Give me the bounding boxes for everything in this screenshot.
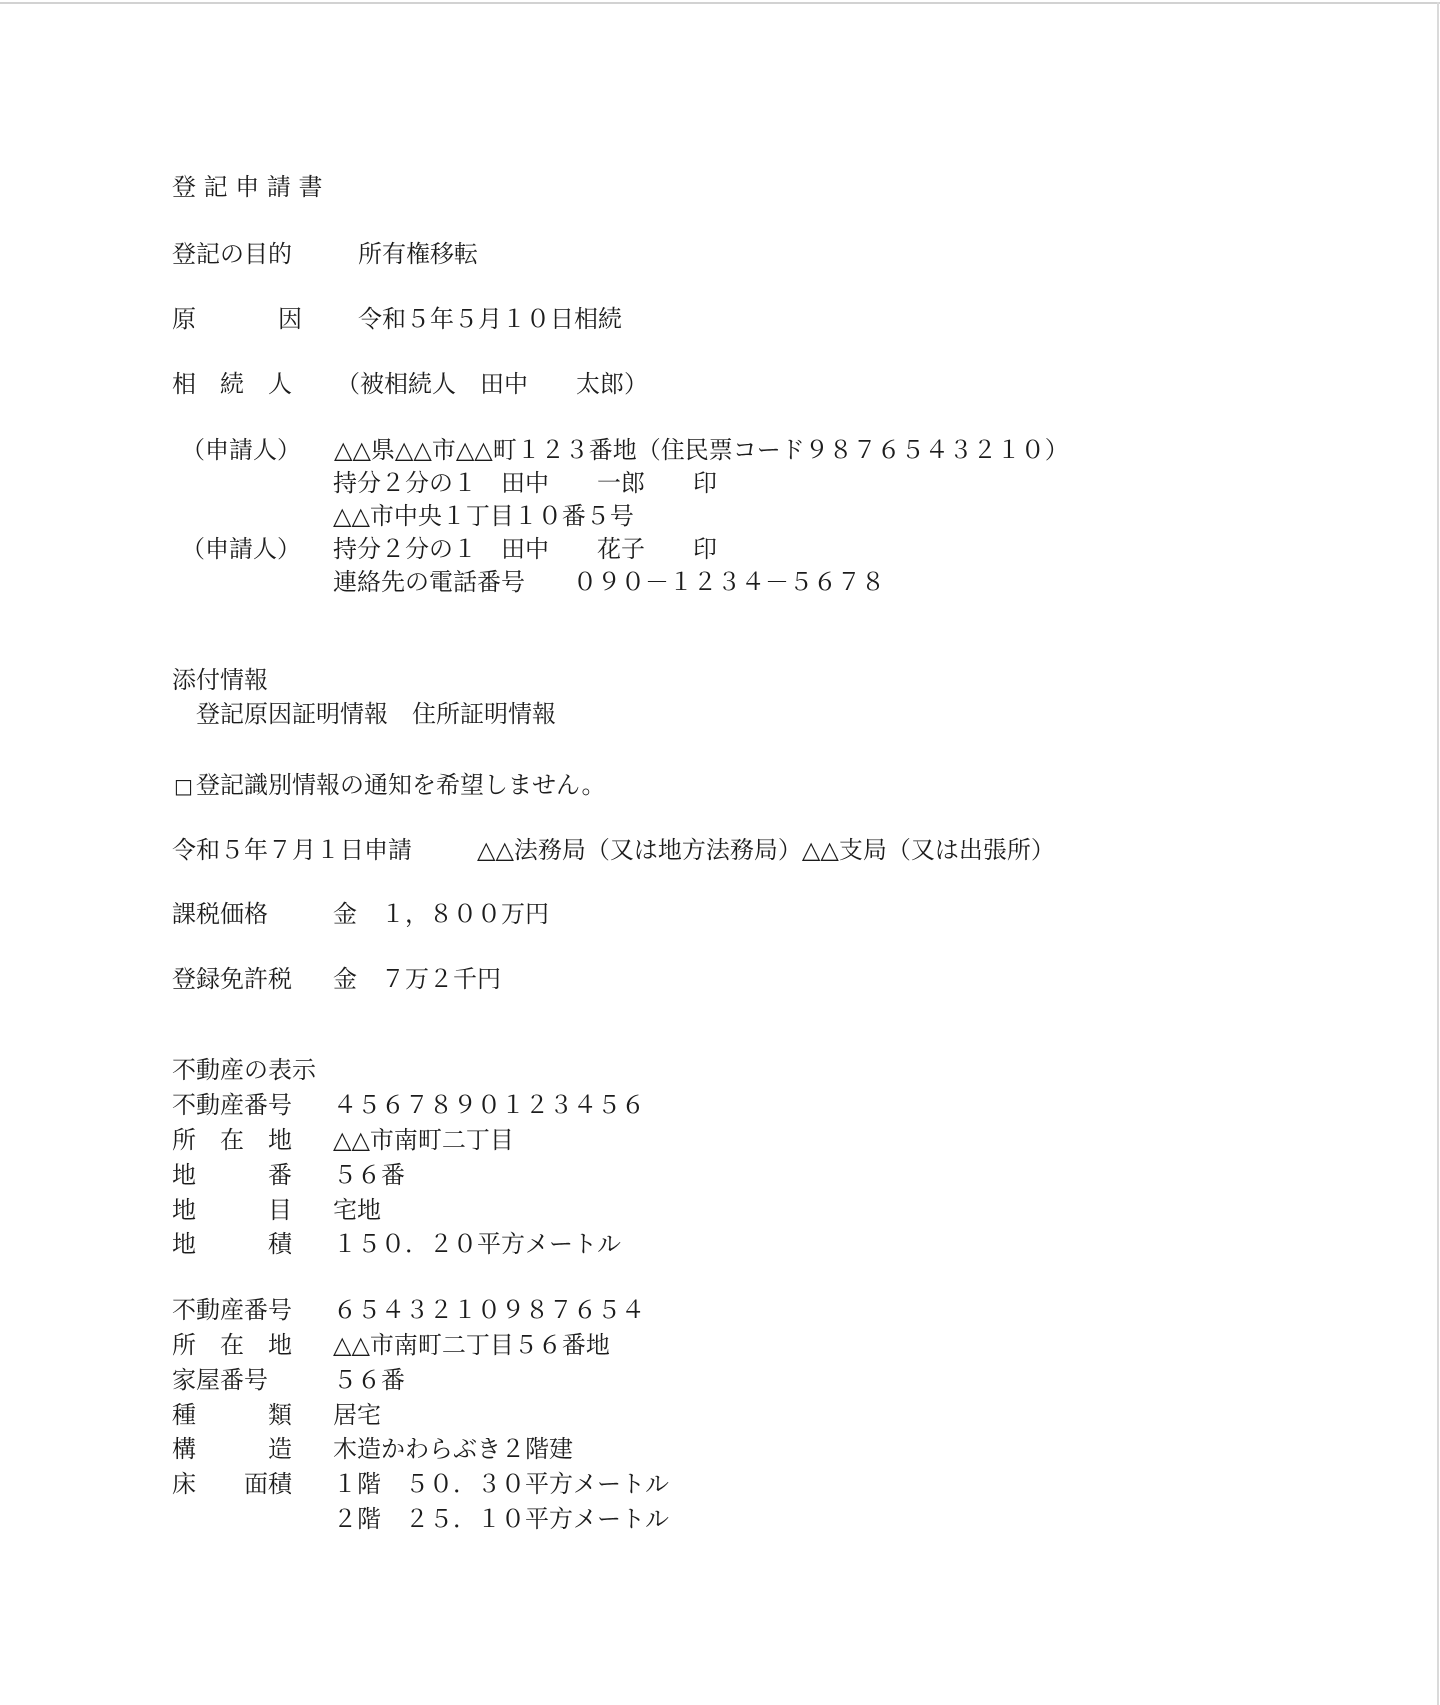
text-segment: △△市中央１丁目１０番５号 bbox=[333, 501, 634, 531]
land-property-number-line: 不動産番号４５６７８９０１２３４５６ bbox=[0, 1090, 1440, 1124]
text-segment: 金 １，８００万円 bbox=[333, 899, 549, 929]
text-segment: 持分２分の１ 田中 一郎 印 bbox=[333, 468, 717, 498]
text-segment: 木造かわらぶき２階建 bbox=[333, 1434, 573, 1464]
land-lot-number-line: 地 番５６番 bbox=[0, 1160, 1440, 1194]
applicant-1-line: （申請人）△△県△△市△△町１２３番地（住民票コード９８７６５４３２１０） bbox=[0, 435, 1440, 469]
text-segment: △△県△△市△△町１２３番地（住民票コード９８７６５４３２１０） bbox=[334, 435, 1069, 465]
building-floor-area-line: 床 面積１階 ５０．３０平方メートル bbox=[0, 1469, 1440, 1503]
text-segment: ２階 ２５．１０平方メートル bbox=[333, 1504, 669, 1534]
text-segment: ５６番 bbox=[333, 1160, 405, 1190]
text-segment: 種 類 bbox=[172, 1400, 292, 1430]
text-segment: 地 番 bbox=[172, 1160, 292, 1190]
text-segment: 宅地 bbox=[333, 1195, 381, 1225]
text-segment: 因 bbox=[278, 304, 302, 334]
text-segment: 地 目 bbox=[172, 1195, 292, 1225]
text-segment: 地 積 bbox=[172, 1229, 292, 1259]
document-body: 登 記 申 請 書登記の目的所有権移転原因令和５年５月１０日相続相 続 人（被相… bbox=[0, 0, 1440, 1705]
building-number-line: 家屋番号５６番 bbox=[0, 1365, 1440, 1399]
text-segment: 持分２分の１ 田中 花子 印 bbox=[333, 534, 717, 564]
text-segment: １階 ５０．３０平方メートル bbox=[333, 1469, 669, 1499]
contact-phone-line: 連絡先の電話番号 ０９０－１２３４－５６７８ bbox=[0, 567, 1440, 601]
text-segment: 不動産の表示 bbox=[172, 1055, 316, 1085]
land-category-line: 地 目宅地 bbox=[0, 1195, 1440, 1229]
taxable-value-line: 課税価格金 １，８００万円 bbox=[0, 899, 1440, 933]
cause-line: 原因令和５年５月１０日相続 bbox=[0, 304, 1440, 338]
text-segment: 登記の目的 bbox=[172, 239, 292, 269]
text-segment: ５６番 bbox=[333, 1365, 405, 1395]
document-page: 登 記 申 請 書登記の目的所有権移転原因令和５年５月１０日相続相 続 人（被相… bbox=[0, 0, 1440, 1705]
text-segment: 原 bbox=[172, 304, 196, 334]
registration-tax-line: 登録免許税金 ７万２千円 bbox=[0, 964, 1440, 998]
text-segment: 不動産番号 bbox=[172, 1090, 292, 1120]
text-segment: 相 続 人 bbox=[172, 369, 292, 399]
text-segment: 添付情報 bbox=[172, 665, 268, 695]
building-type-line: 種 類居宅 bbox=[0, 1400, 1440, 1434]
text-segment: 所有権移転 bbox=[358, 239, 478, 269]
applicant-1-share-line: 持分２分の１ 田中 一郎 印 bbox=[0, 468, 1440, 502]
building-location-line: 所 在 地△△市南町二丁目５６番地 bbox=[0, 1330, 1440, 1364]
text-segment: 登 記 申 請 書 bbox=[172, 172, 323, 202]
text-segment: 令和５年５月１０日相続 bbox=[358, 304, 622, 334]
screenshot-root: { "page": { "width_px": 1440, "height_px… bbox=[0, 0, 1440, 1705]
text-segment: 課税価格 bbox=[172, 899, 268, 929]
text-segment: 所 在 地 bbox=[172, 1125, 292, 1155]
building-structure-line: 構 造木造かわらぶき２階建 bbox=[0, 1434, 1440, 1468]
text-segment: 登記識別情報の通知を希望しません。 bbox=[196, 770, 605, 800]
text-segment: ４５６７８９０１２３４５６ bbox=[333, 1090, 645, 1120]
text-segment: 金 ７万２千円 bbox=[333, 964, 501, 994]
land-location-line: 所 在 地△△市南町二丁目 bbox=[0, 1125, 1440, 1159]
text-segment: 居宅 bbox=[333, 1400, 381, 1430]
title-line: 登 記 申 請 書 bbox=[0, 172, 1440, 206]
text-segment: 不動産番号 bbox=[172, 1295, 292, 1325]
application-date-office-line: 令和５年７月１日申請△△法務局（又は地方法務局）△△支局（又は出張所） bbox=[0, 835, 1440, 869]
text-segment: 床 面積 bbox=[172, 1469, 292, 1499]
text-segment: 登記原因証明情報 住所証明情報 bbox=[196, 699, 556, 729]
building-floor-area-2f-line: ２階 ２５．１０平方メートル bbox=[0, 1504, 1440, 1538]
text-segment: （被相続人 田中 太郎） bbox=[336, 369, 648, 399]
text-segment: 構 造 bbox=[172, 1434, 292, 1464]
text-segment: 所 在 地 bbox=[172, 1330, 292, 1360]
property-description-heading-line: 不動産の表示 bbox=[0, 1055, 1440, 1089]
checkbox-icon[interactable]: □ bbox=[174, 771, 193, 801]
attachments-list-line: 登記原因証明情報 住所証明情報 bbox=[0, 699, 1440, 733]
text-segment: △△市南町二丁目５６番地 bbox=[333, 1330, 610, 1360]
heir-line: 相 続 人（被相続人 田中 太郎） bbox=[0, 369, 1440, 403]
text-segment: △△市南町二丁目 bbox=[333, 1125, 514, 1155]
land-area-line: 地 積１５０．２０平方メートル bbox=[0, 1229, 1440, 1263]
applicant-2-address-line: △△市中央１丁目１０番５号 bbox=[0, 501, 1440, 535]
text-segment: （申請人） bbox=[181, 435, 301, 465]
text-segment: 令和５年７月１日申請 bbox=[172, 835, 412, 865]
building-property-number-line: 不動産番号６５４３２１０９８７６５４ bbox=[0, 1295, 1440, 1329]
applicant-2-line: （申請人）持分２分の１ 田中 花子 印 bbox=[0, 534, 1440, 568]
text-segment: ６５４３２１０９８７６５４ bbox=[333, 1295, 645, 1325]
text-segment: 家屋番号 bbox=[172, 1365, 268, 1395]
attachments-heading-line: 添付情報 bbox=[0, 665, 1440, 699]
identification-notice-line: □登記識別情報の通知を希望しません。 bbox=[0, 770, 1440, 804]
text-segment: △△法務局（又は地方法務局）△△支局（又は出張所） bbox=[477, 835, 1055, 865]
purpose-line: 登記の目的所有権移転 bbox=[0, 239, 1440, 273]
text-segment: １５０．２０平方メートル bbox=[333, 1229, 621, 1259]
text-segment: 登録免許税 bbox=[172, 964, 292, 994]
text-segment: （申請人） bbox=[181, 534, 301, 564]
text-segment: 連絡先の電話番号 ０９０－１２３４－５６７８ bbox=[333, 567, 885, 597]
